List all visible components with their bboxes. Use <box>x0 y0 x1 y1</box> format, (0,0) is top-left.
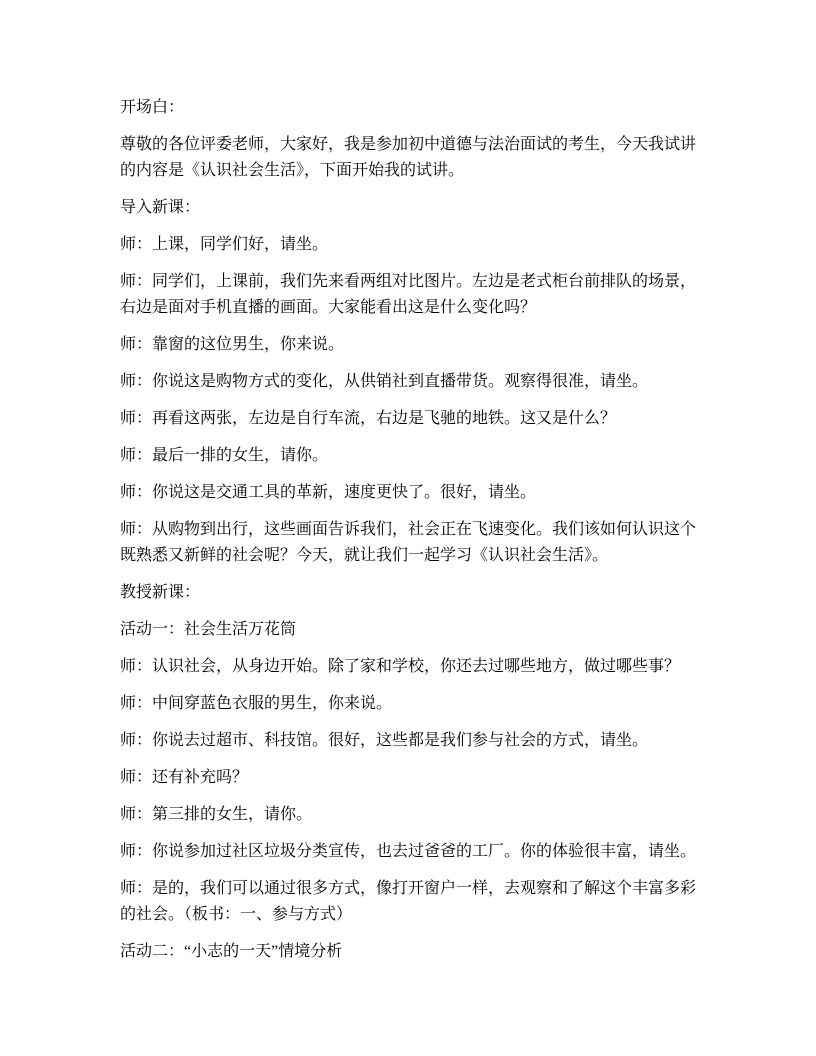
paragraph: 师：中间穿蓝色衣服的男生，你来说。 <box>120 691 704 717</box>
paragraph: 师：你说这是购物方式的变化，从供销社到直播带货。观察得很准，请坐。 <box>120 369 704 395</box>
paragraph: 师：你说参加过社区垃圾分类宣传，也去过爸爸的工厂。你的体验很丰富，请坐。 <box>120 839 704 865</box>
document-page: 开场白： 尊敬的各位评委老师，大家好，我是参加初中道德与法治面试的考生，今天我试… <box>0 0 816 1056</box>
paragraph: 活动二：“小志的一天”情境分析 <box>120 939 704 965</box>
paragraph: 尊敬的各位评委老师，大家好，我是参加初中道德与法治面试的考生，今天我试讲的内容是… <box>120 132 704 184</box>
paragraph: 师：是的，我们可以通过很多方式，像打开窗户一样，去观察和了解这个丰富多彩的社会。… <box>120 876 704 928</box>
paragraph: 师：最后一排的女生，请你。 <box>120 443 704 469</box>
paragraph: 师：第三排的女生，请你。 <box>120 802 704 828</box>
paragraph: 师：从购物到出行，这些画面告诉我们，社会正在飞速变化。我们该如何认识这个既熟悉又… <box>120 517 704 569</box>
paragraph: 教授新课： <box>120 580 704 606</box>
paragraph: 师：再看这两张，左边是自行车流，右边是飞驰的地铁。这又是什么？ <box>120 406 704 432</box>
paragraph: 师：上课，同学们好，请坐。 <box>120 232 704 258</box>
paragraph: 师：你说去过超市、科技馆。很好，这些都是我们参与社会的方式，请坐。 <box>120 728 704 754</box>
paragraph: 活动一：社会生活万花筒 <box>120 617 704 643</box>
paragraph: 师：靠窗的这位男生，你来说。 <box>120 332 704 358</box>
paragraph: 开场白： <box>120 95 704 121</box>
paragraph: 师：还有补充吗？ <box>120 765 704 791</box>
document-body: 开场白： 尊敬的各位评委老师，大家好，我是参加初中道德与法治面试的考生，今天我试… <box>120 95 704 965</box>
paragraph: 师：认识社会，从身边开始。除了家和学校，你还去过哪些地方，做过哪些事？ <box>120 654 704 680</box>
paragraph: 师：你说这是交通工具的革新，速度更快了。很好，请坐。 <box>120 480 704 506</box>
paragraph: 导入新课： <box>120 195 704 221</box>
paragraph: 师：同学们，上课前，我们先来看两组对比图片。左边是老式柜台前排队的场景，右边是面… <box>120 269 704 321</box>
